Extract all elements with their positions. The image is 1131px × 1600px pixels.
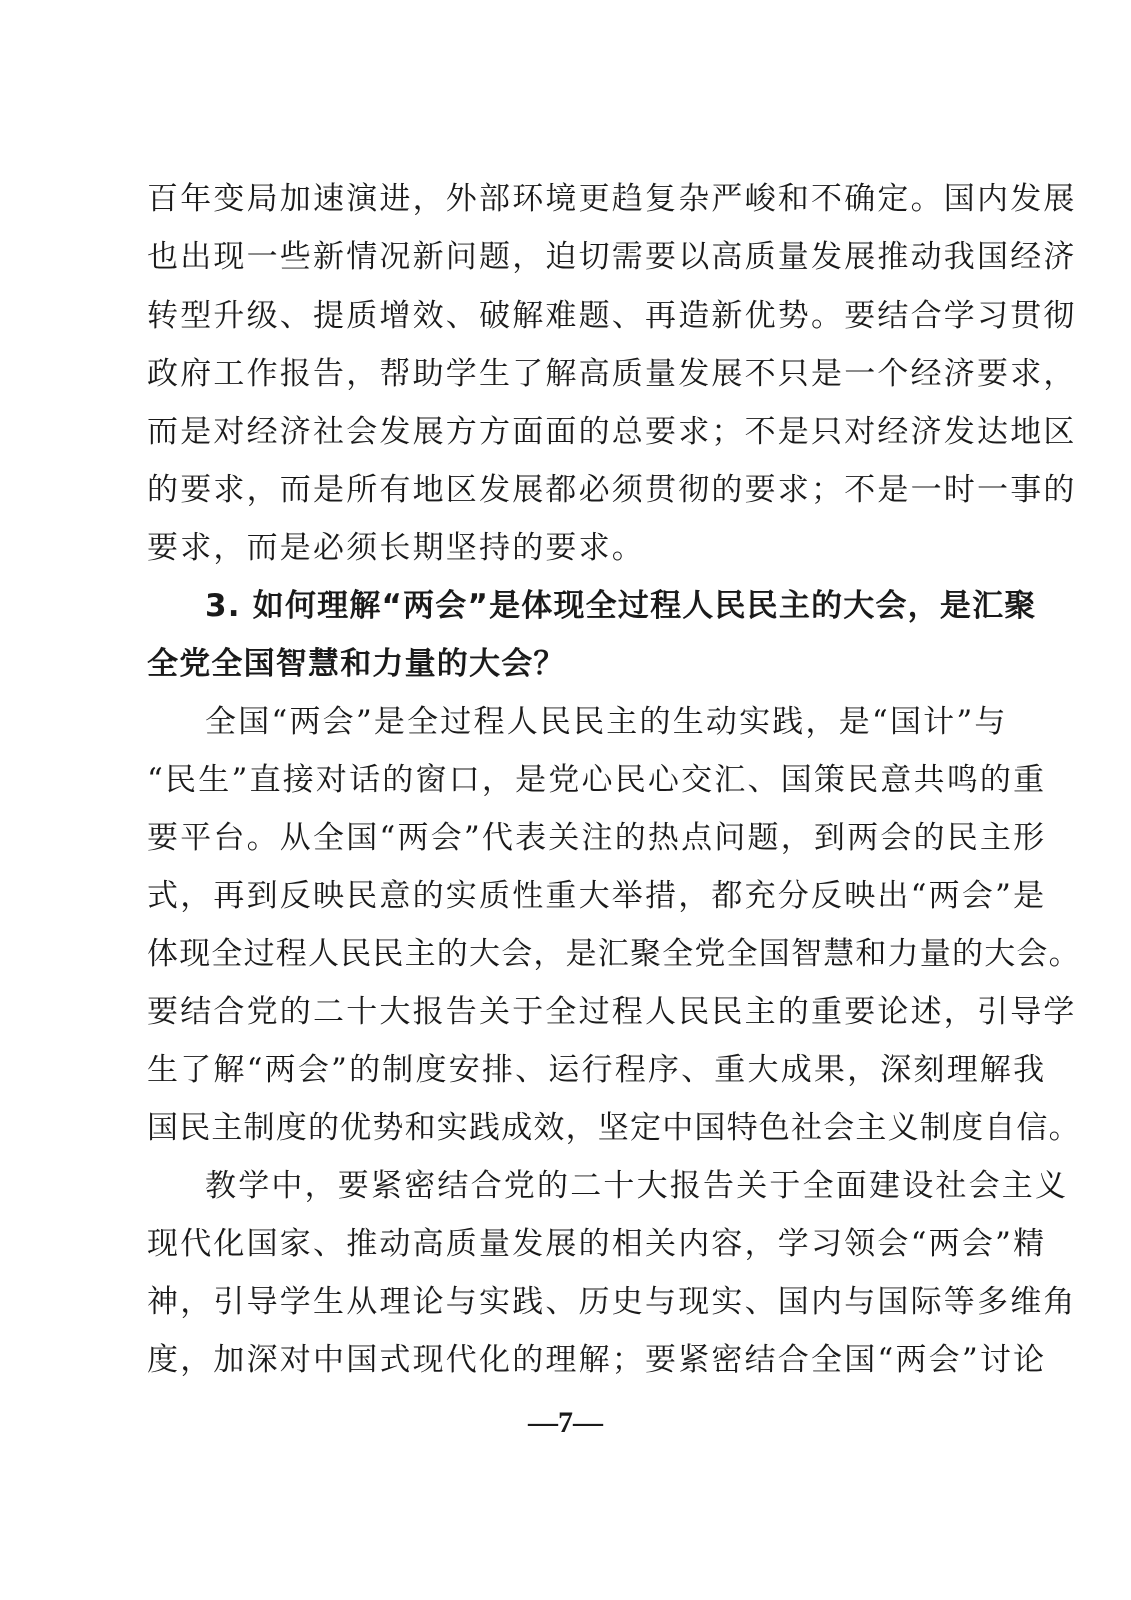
text-line: 体现全过程人民民主的大会，是汇聚全党全国智慧和力量的大会。 (147, 925, 977, 983)
text-line: 而是对经济社会发展方方面面的总要求；不是只对经济发达地区 (147, 403, 977, 461)
section-heading: 3. 如何理解“两会”是体现全过程人民民主的大会，是汇聚 (205, 577, 977, 635)
text-line: 要结合党的二十大报告关于全过程人民民主的重要论述，引导学 (147, 983, 977, 1041)
text-line: 政府工作报告，帮助学生了解高质量发展不只是一个经济要求， (147, 345, 977, 403)
text-line: 要求，而是必须长期坚持的要求。 (147, 519, 977, 577)
text-line: 百年变局加速演进，外部环境更趋复杂严峻和不确定。国内发展 (147, 170, 977, 228)
text-line: 全国“两会”是全过程人民民主的生动实践，是“国计”与 (205, 693, 977, 751)
text-line: 的要求，而是所有地区发展都必须贯彻的要求；不是一时一事的 (147, 461, 977, 519)
section-heading: 全党全国智慧和力量的大会？ (147, 635, 977, 693)
text-line: 也出现一些新情况新问题，迫切需要以高质量发展推动我国经济 (147, 228, 977, 286)
text-line: 国民主制度的优势和实践成效，坚定中国特色社会主义制度自信。 (147, 1099, 977, 1157)
text-line: “民生”直接对话的窗口，是党心民心交汇、国策民意共鸣的重 (147, 751, 977, 809)
text-line: 转型升级、提质增效、破解难题、再造新优势。要结合学习贯彻 (147, 287, 977, 345)
text-line: 生了解“两会”的制度安排、运行程序、重大成果，深刻理解我 (147, 1041, 977, 1099)
text-line: 教学中，要紧密结合党的二十大报告关于全面建设社会主义 (205, 1157, 977, 1215)
text-line: 要平台。从全国“两会”代表关注的热点问题，到两会的民主形 (147, 809, 977, 867)
text-line: 现代化国家、推动高质量发展的相关内容，学习领会“两会”精 (147, 1215, 977, 1273)
text-line: 式，再到反映民意的实质性重大举措，都充分反映出“两会”是 (147, 867, 977, 925)
document-page: 百年变局加速演进，外部环境更趋复杂严峻和不确定。国内发展 也出现一些新情况新问题… (0, 0, 1131, 1600)
text-line: 度，加深对中国式现代化的理解；要紧密结合全国“两会”讨论 (147, 1331, 977, 1389)
text-line: 神，引导学生从理论与实践、历史与现实、国内与国际等多维角 (147, 1273, 977, 1331)
page-number: —7— (0, 1406, 1131, 1440)
